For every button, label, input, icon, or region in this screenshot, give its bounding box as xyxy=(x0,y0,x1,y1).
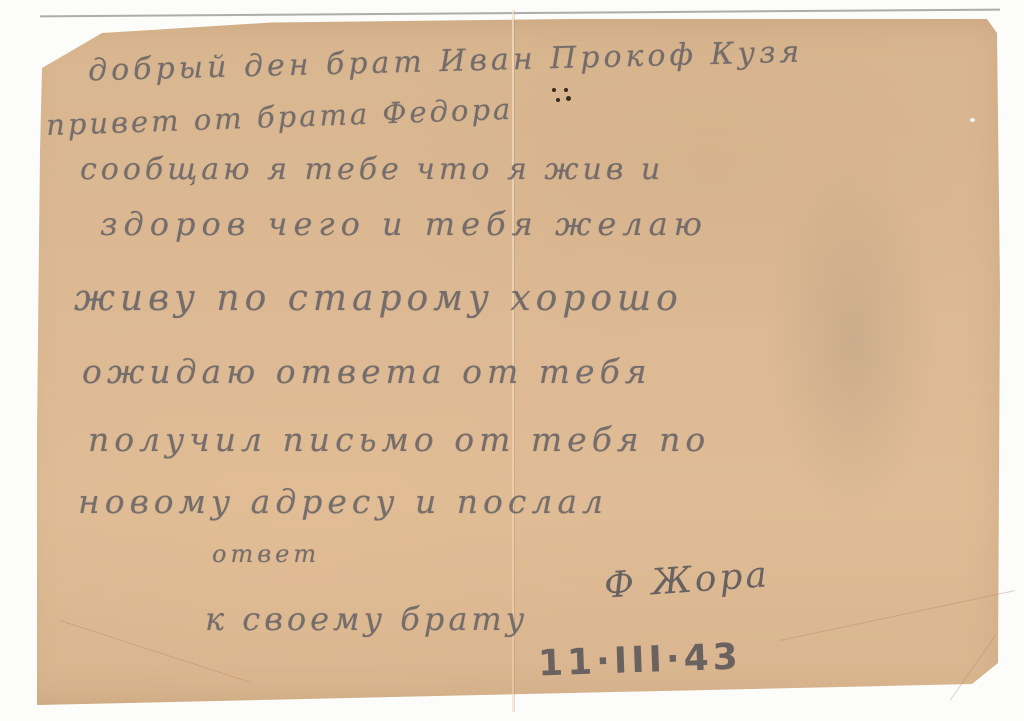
letter-line-5: живу по старому хорошо xyxy=(74,278,683,319)
letter-closing: к своему брату xyxy=(205,600,528,638)
letter-line-3: сообщаю я тебе что я жив и xyxy=(80,152,664,187)
letter-line-7: получил письмо от тебя по xyxy=(88,420,710,459)
letter-line-6: ожидаю ответа от тебя xyxy=(82,352,652,391)
letter-date: 11·III·43 xyxy=(537,636,742,684)
paper-speck xyxy=(970,118,975,122)
letter-line-4: здоров чего и тебя желаю xyxy=(100,205,708,243)
paper-top-edge xyxy=(40,9,1000,18)
letter-line-8: новому адресу и послал xyxy=(78,482,608,521)
letter-line-9: ответ xyxy=(212,540,320,568)
ink-spots xyxy=(552,88,572,108)
scanned-document: добрый ден брат Иван Прокоф Кузя привет … xyxy=(0,0,1024,721)
